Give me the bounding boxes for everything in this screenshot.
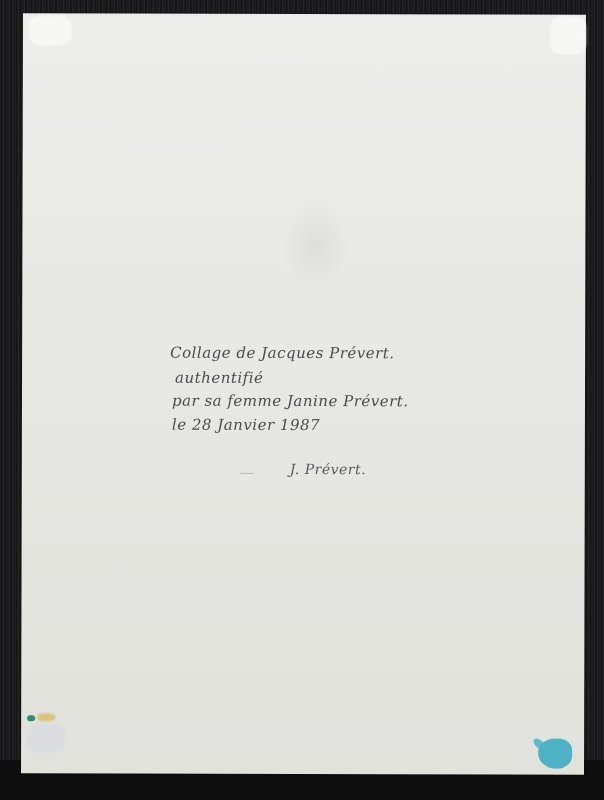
paper-sheet: Collage de Jacques Prévert. authentifié … xyxy=(21,13,586,774)
note-line-1: Collage de Jacques Prévert. xyxy=(170,344,395,363)
note-line-date: le 28 Janvier 1987 xyxy=(172,416,320,434)
signature: J. Prévert. xyxy=(290,462,366,478)
signature-dash xyxy=(240,473,254,474)
note-line-3: par sa femme Janine Prévert. xyxy=(172,392,409,411)
handwritten-note: Collage de Jacques Prévert. authentifié … xyxy=(21,13,586,774)
note-line-2: authentifié xyxy=(175,369,263,387)
